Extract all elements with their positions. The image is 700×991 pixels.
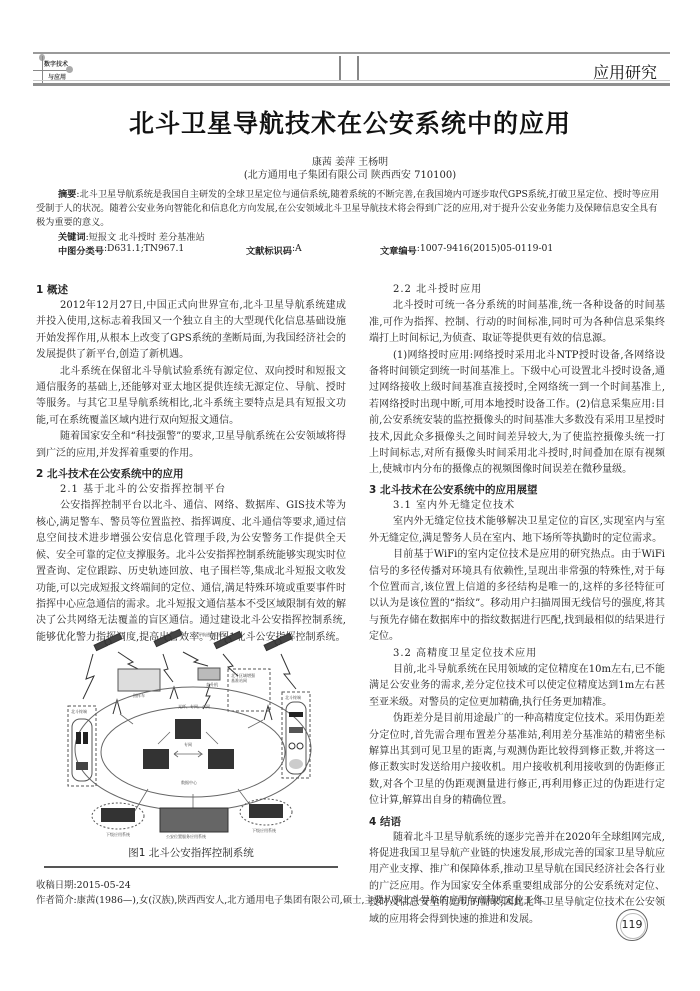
abstract: 摘要:北斗卫星导航系统是我国自主研发的全球卫星定位与通信系统,随着系统的不断完善… — [36, 188, 664, 230]
svg-text:北斗终端: 北斗终端 — [285, 694, 301, 700]
keywords-text: :短报文 北斗授时 差分基准站 — [86, 232, 205, 243]
svg-text:数据中心: 数据中心 — [181, 779, 198, 785]
svg-text:专网: 专网 — [184, 741, 192, 747]
affiliation: (北方通用电子集团有限公司 陕西西安 710100) — [0, 166, 700, 181]
doc-code-label: 文献标识码 — [246, 246, 292, 257]
paragraph: 目前基于WiFi的室内定位技术是应用的研究热点。由于WiFi信号的多径传播对环境… — [369, 547, 665, 645]
author-bio: 作者简介:康茜(1986—),女(汉族),陕西西安人,北方通用电子集团有限公司,… — [36, 893, 552, 908]
footnote: 收稿日期:2015-05-24 作者简介:康茜(1986—),女(汉族),陕西西… — [36, 878, 552, 908]
paragraph: (1)网络授时应用:网络授时采用北斗NTP授时设备,各网络设备将时间锁定到统一时… — [369, 348, 665, 479]
subsection-heading: 3.2 高精度卫星定位技术应用 — [369, 646, 665, 662]
svg-text:下级应用系统: 下级应用系统 — [252, 827, 276, 833]
header-rule-bottom — [33, 83, 670, 86]
section-heading: 4 结语 — [369, 814, 665, 830]
clc: 中图分类号:D631.1;TN967.1 — [58, 243, 104, 257]
left-column: 1 概述 2012年12月27日,中国正式向世界宣布,北斗卫星导航系统建成并投入… — [36, 282, 346, 646]
figure-1-diagram: 导航通信卫星 指挥车 直升机 北斗区域增强 基准站网 光纤、专网、公网 专 — [38, 624, 338, 839]
doc-code-value: :A — [292, 243, 302, 254]
abstract-text: :北斗卫星导航系统是我国自主研发的全球卫星定位与通信系统,随着系统的不断完善,在… — [36, 189, 659, 228]
right-column: 2.2 北斗授时应用 北斗授时可统一各分系统的时间基准,统一各种设备的时间基准,… — [369, 282, 665, 928]
article-no-value: :1007-9416(2015)05-0119-01 — [417, 243, 554, 254]
paragraph: 北斗系统在保留北斗导航试验系统有源定位、双向授时和短报文通信服务的基础上,还能够… — [36, 364, 346, 430]
journal-logo-line — [33, 70, 68, 71]
paragraph: 随着国家安全和“科技强警”的要求,卫星导航系统在公安领域将得到广泛的应用,并发挥… — [36, 429, 346, 462]
paragraph: 室内外无缝定位技术能够解决卫星定位的盲区,实现室内与室外无缝定位,满足警务人员在… — [369, 514, 665, 547]
subsection-heading: 2.1 基于北斗的公安指挥控制平台 — [36, 482, 346, 498]
subsection-heading: 2.2 北斗授时应用 — [369, 282, 665, 298]
svg-text:北斗终端: 北斗终端 — [71, 708, 87, 714]
clc-label: 中图分类号 — [58, 246, 104, 257]
paragraph: 目前,北斗导航系统在民用领域的定位精度在10m左右,已不能满足公安业务的需求,差… — [369, 662, 665, 711]
header-rule-top — [33, 52, 670, 54]
svg-text:基准站网: 基准站网 — [231, 677, 247, 683]
figure-caption: 图1 北斗公安指挥控制系统 — [36, 845, 346, 860]
article-no-label: 文章编号 — [380, 246, 417, 257]
paragraph: 北斗授时可统一各分系统的时间基准,统一各种设备的时间基准,可作为指挥、控制、行动… — [369, 298, 665, 347]
paragraph: 2012年12月27日,中国正式向世界宣布,北斗卫星导航系统建成并投入使用,这标… — [36, 298, 346, 364]
section-heading: 2 北斗技术在公安系统中的应用 — [36, 466, 346, 482]
svg-text:直升机: 直升机 — [206, 681, 218, 687]
svg-text:导航通信卫星: 导航通信卫星 — [198, 631, 222, 637]
paragraph: 伪距差分是目前用途最广的一种高精度定位技术。采用伪距差分定位时,首先需合理布置差… — [369, 711, 665, 809]
received-date: 收稿日期:2015-05-24 — [36, 878, 552, 893]
journal-name: 数字技术 — [44, 59, 68, 68]
page-number-badge: 119 — [616, 909, 648, 941]
subsection-heading: 3.1 室内外无缝定位技术 — [369, 498, 665, 514]
header-rule — [33, 80, 670, 81]
article-title: 北斗卫星导航技术在公安系统中的应用 — [0, 104, 700, 140]
article-no: 文章编号:1007-9416(2015)05-0119-01 — [380, 243, 417, 257]
svg-text:下级应用系统: 下级应用系统 — [106, 831, 130, 837]
keywords-label: 关键词 — [58, 232, 86, 243]
svg-text:公安位置服务应用系统: 公安位置服务应用系统 — [166, 833, 206, 839]
abstract-label: 摘要 — [58, 189, 76, 200]
section-heading: 1 概述 — [36, 282, 346, 298]
clc-value: :D631.1;TN967.1 — [104, 243, 184, 254]
doc-code: 文献标识码:A — [246, 243, 292, 257]
header-divider — [339, 56, 341, 80]
svg-text:光纤、专网、公网: 光纤、专网、公网 — [178, 703, 210, 709]
footnote-rule — [44, 866, 338, 868]
keywords: 关键词:短报文 北斗授时 差分基准站 — [58, 229, 205, 243]
section-heading: 3 北斗技术在公安系统中的应用展望 — [369, 482, 665, 498]
header-divider — [357, 56, 359, 80]
